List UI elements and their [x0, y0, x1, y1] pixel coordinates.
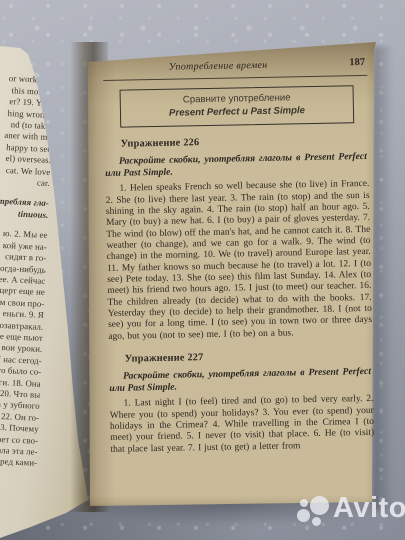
avito-logo-circle [297, 509, 310, 522]
avito-logo-circle [300, 499, 308, 507]
exercise-title: Упражнение 227 [125, 349, 373, 365]
exercise-226: Упражнение 226 Раскройте скобки, употреб… [104, 134, 372, 343]
avito-logo-icon [297, 496, 331, 528]
exercise-body: 1. Last night I (to feel) tired and (to … [109, 394, 374, 456]
avito-logo-circle [310, 496, 329, 515]
avito-logo-circle [312, 517, 321, 526]
left-page-line: еред ками- [0, 455, 37, 469]
photo-scene: нияor work yet?this month?er? 19. Yourhi… [0, 0, 405, 540]
exercise-instruction: Раскройте скобки, употребляя глаголы в P… [105, 151, 367, 179]
exercise-instruction: Раскройте скобки, употребляя глаголы в P… [109, 366, 371, 394]
running-header-title: Употребление времен [103, 59, 333, 74]
left-page-line: car. [0, 175, 50, 189]
exercise-title: Упражнение 226 [120, 134, 368, 150]
avito-watermark: Avito [297, 492, 405, 534]
exercise-body: 1. Helen speaks French so well because s… [105, 179, 372, 343]
book-shadow-right [373, 46, 393, 510]
left-page-line: 23. Почему [0, 421, 39, 435]
left-page-line: требляя гла- [0, 196, 49, 210]
page-content: Употребление времен 187 Сравните употреб… [103, 57, 375, 458]
running-header: Употребление времен 187 [103, 57, 367, 81]
avito-wordmark: Avito [333, 492, 405, 525]
left-page-line: tinuous. [0, 207, 49, 221]
compare-box: Сравните употребление Present Perfect и … [120, 85, 355, 127]
page-number: 187 [349, 57, 365, 68]
left-page-line: cat. We love [0, 164, 51, 178]
exercise-227: Упражнение 227 Раскройте скобки, употреб… [109, 349, 375, 456]
